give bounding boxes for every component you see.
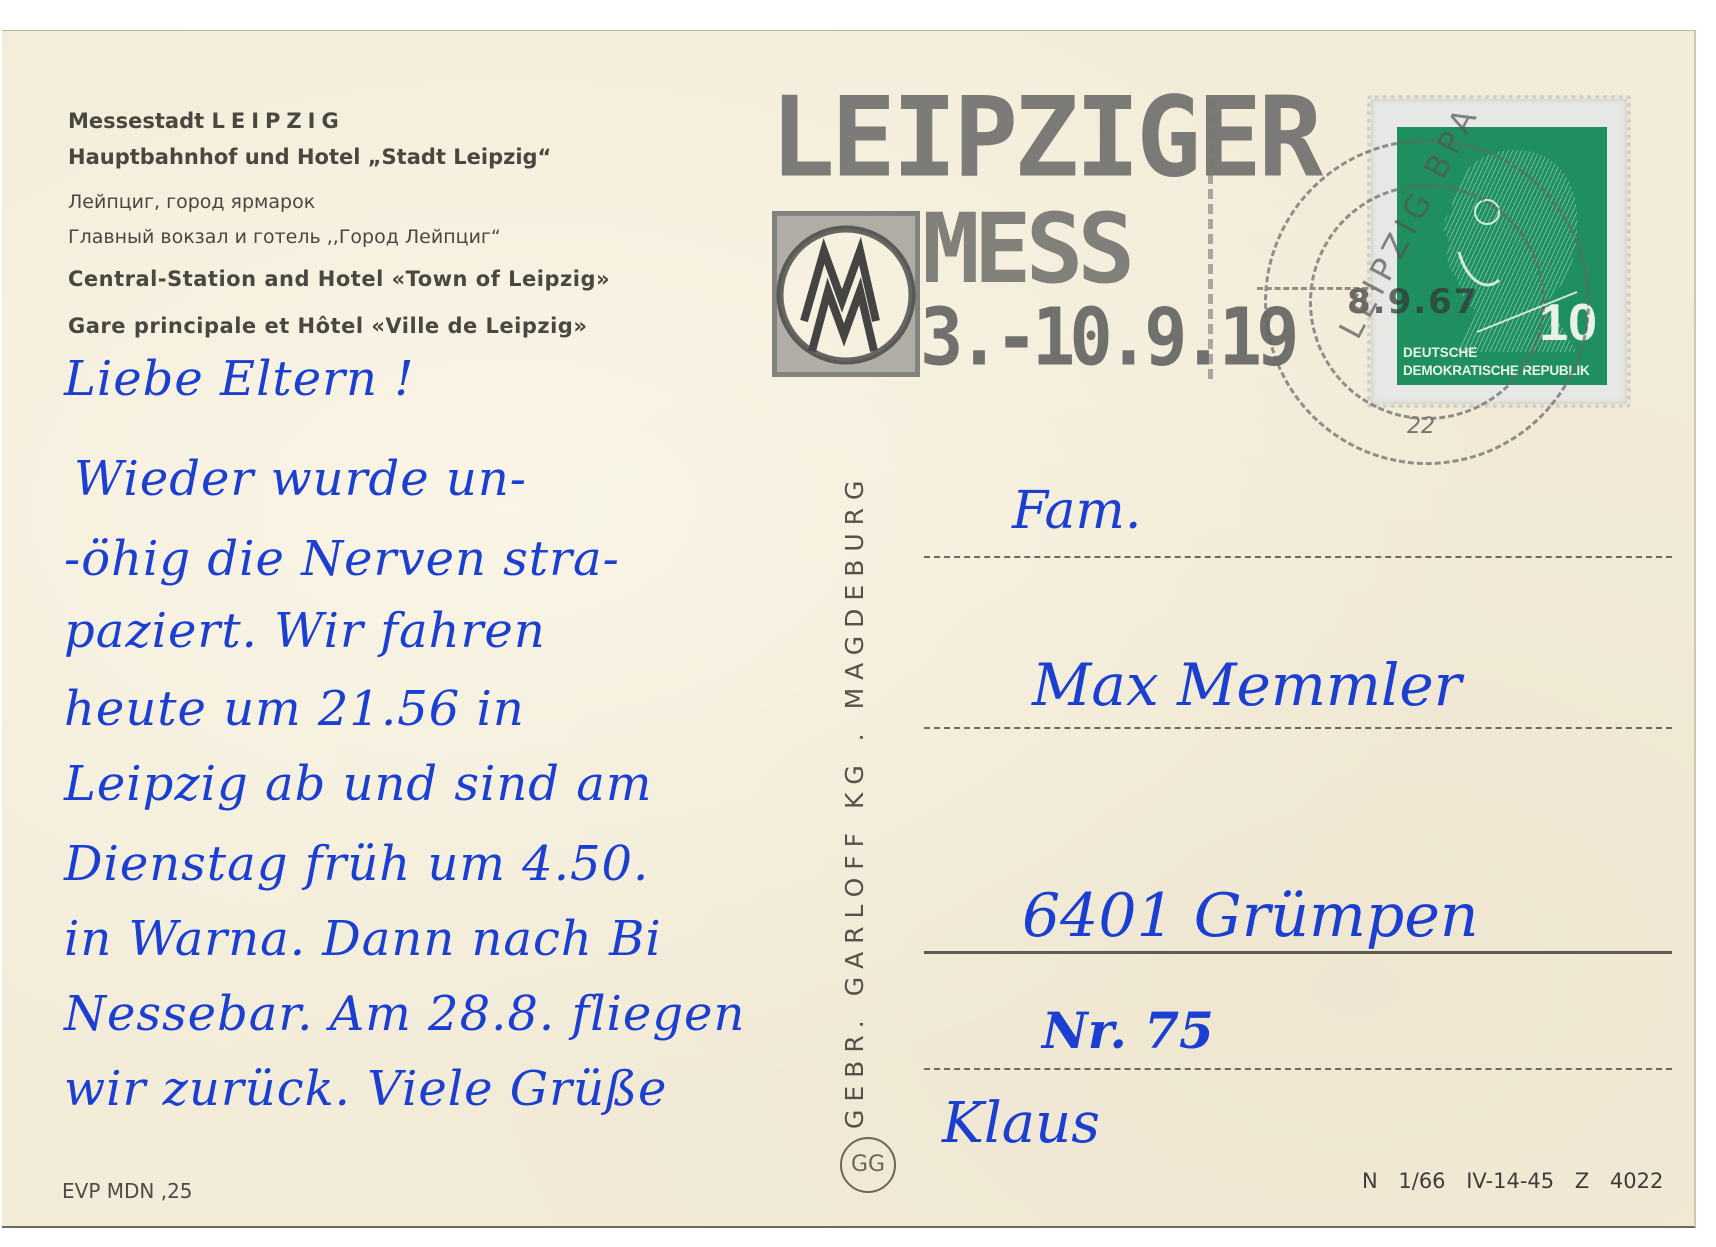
- address-line-2: Max Memmler: [1032, 651, 1461, 719]
- message-line: heute um 21.56 in: [64, 681, 525, 737]
- postmark-date: 8.9.67: [1347, 282, 1479, 322]
- address-line-4: Nr. 75: [1042, 1001, 1214, 1060]
- postcard: Messestadt LEIPZIG Hauptbahnhof und Hote…: [2, 30, 1696, 1228]
- meter-line-1: LEIPZIGER: [770, 88, 1319, 190]
- message-line: in Warna. Dann nach Bi: [64, 911, 662, 967]
- address-solid-line: [924, 951, 1672, 954]
- publisher-text: GEBR. GARLOFF KG . MAGDEBURG: [840, 473, 869, 1129]
- address-line-1: Fam.: [1012, 481, 1141, 541]
- message-line: Leipzig ab und sind am: [64, 756, 652, 812]
- message-line: Wieder wurde un-: [74, 451, 527, 507]
- caption-russian-1: Лейпциг, город ярмарок: [68, 191, 315, 213]
- message-line: -öhig die Nerven stra-: [64, 531, 620, 587]
- vertical-publisher-imprint: GEBR. GARLOFF KG . MAGDEBURG: [832, 369, 872, 1129]
- postmark-code: 22: [1407, 414, 1435, 439]
- address-dotted-line-1: [924, 556, 1672, 558]
- leipzig-fair-mm-logo-icon: [772, 211, 920, 377]
- circular-postmark: LEIPZIG BPA 8.9.67 22: [1264, 139, 1590, 465]
- message-line: Nessebar. Am 28.8. fliegen: [64, 986, 745, 1042]
- signature: Klaus: [942, 1091, 1100, 1156]
- caption-title: Messestadt LEIPZIG: [68, 109, 345, 133]
- caption-english: Central-Station and Hotel «Town of Leipz…: [68, 267, 610, 291]
- meter-dashed-bar: [1198, 99, 1213, 379]
- message-line: Liebe Eltern !: [64, 351, 415, 407]
- message-line: Dienstag früh um 4.50.: [64, 836, 649, 892]
- address-dotted-line-2: [924, 727, 1672, 729]
- caption-city: LEIPZIG: [211, 109, 344, 133]
- caption-russian-2: Главный вокзал и готель ,,Город Лейпциг“: [68, 226, 501, 248]
- meter-cancellation: LEIPZIGER MESS 3.-10.9.19: [770, 89, 1230, 389]
- address-line-3: 6401 Grümpen: [1022, 881, 1478, 951]
- caption-french: Gare principale et Hôtel «Ville de Leipz…: [68, 314, 587, 338]
- caption-german: Hauptbahnhof und Hotel „Stadt Leipzig“: [68, 145, 551, 169]
- message-line: paziert. Wir fahren: [64, 603, 546, 659]
- meter-line-3: 3.-10.9.19: [920, 293, 1293, 381]
- message-line: wir zurück. Viele Grüße: [64, 1061, 667, 1117]
- meter-line-2: MESS: [922, 199, 1129, 299]
- print-code-imprint: N 1/66 IV-14-45 Z 4022: [1362, 1169, 1663, 1193]
- address-dotted-line-3: [924, 1068, 1672, 1070]
- publisher-gg-logo-icon: GG: [840, 1137, 896, 1193]
- price-imprint: EVP MDN ,25: [62, 1179, 193, 1203]
- caption-prefix: Messestadt: [68, 109, 204, 133]
